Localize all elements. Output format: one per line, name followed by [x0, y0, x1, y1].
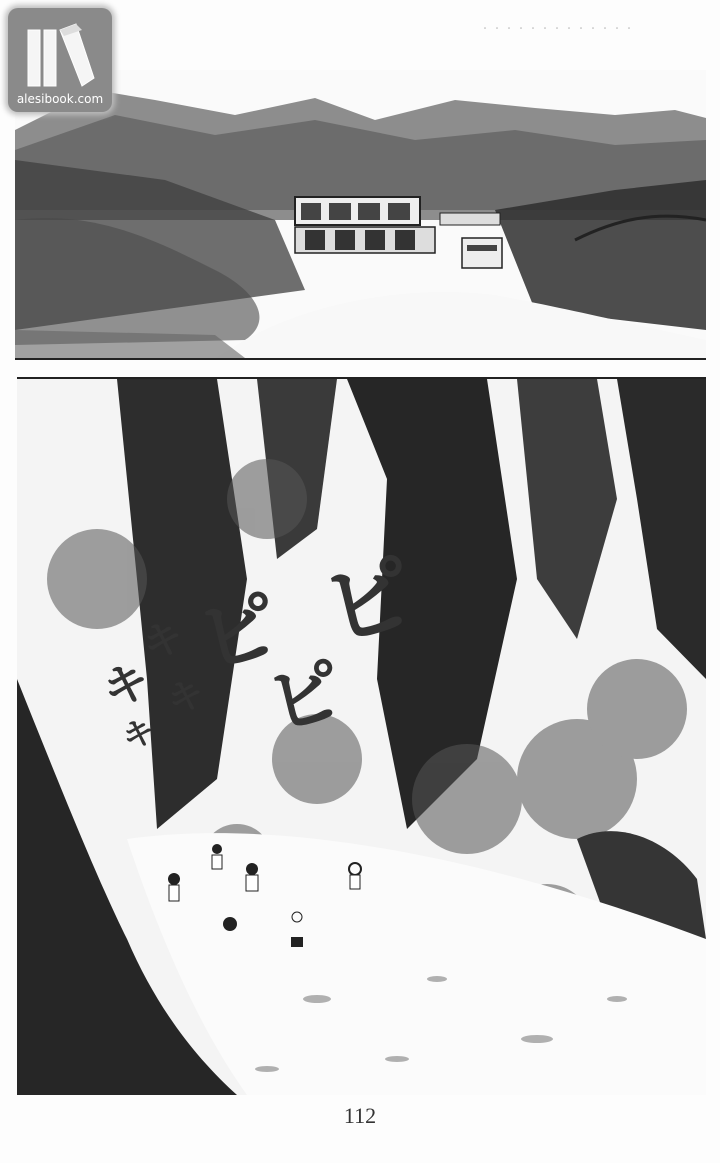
watermark-text: alesibook.com — [8, 92, 112, 106]
faint-bleed-text: ・・・・・・・・・・・・・ — [480, 20, 636, 35]
page-number: 112 — [0, 1103, 720, 1129]
site-watermark: alesibook.com — [8, 8, 112, 112]
panel-forest-cliff: キ キ キ キ ピ ピ ピ — [17, 377, 706, 1095]
panel-landscape — [15, 70, 706, 360]
landscape-illustration — [15, 70, 706, 358]
book-logo-icon — [20, 16, 100, 96]
manga-page: ・・・・・・・・・・・・・ — [0, 0, 720, 1163]
forest-illustration — [17, 379, 706, 1095]
